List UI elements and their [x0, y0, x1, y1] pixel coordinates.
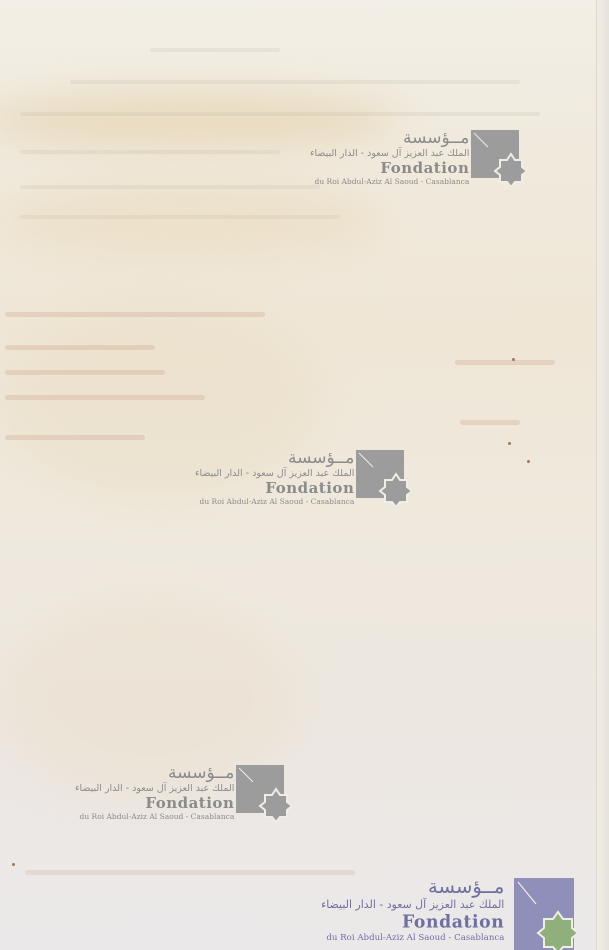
watermark-french-subtitle: du Roi Abdul-Aziz Al Saoud - Casablanca — [75, 813, 234, 821]
watermark-french-title: Fondation — [195, 481, 354, 496]
ink-text-line — [25, 870, 355, 875]
fondation-star-logo-icon — [471, 130, 519, 178]
watermark-french-subtitle: du Roi Abdul-Aziz Al Saoud - Casablanca — [310, 178, 469, 186]
page-edge — [596, 0, 609, 950]
watermark-arabic-title: مــؤسسة — [195, 450, 354, 467]
faded-text-line — [20, 150, 280, 154]
ink-text-line — [5, 435, 145, 440]
watermark-french-subtitle: du Roi Abdul-Aziz Al Saoud - Casablanca — [321, 933, 504, 942]
paper-stain — [0, 180, 380, 260]
ink-text-line — [5, 370, 165, 375]
fondation-watermark: مــؤسسة الملك عبد العزيز آل سعود - الدار… — [75, 765, 284, 820]
watermark-arabic-title: مــؤسسة — [321, 878, 504, 898]
faded-text-line — [20, 215, 340, 219]
watermark-french-title: Fondation — [310, 161, 469, 176]
fondation-watermark: مــؤسسة الملك عبد العزيز آل سعود - الدار… — [195, 450, 404, 505]
fondation-watermark: مــؤسسة الملك عبد العزيز آل سعود - الدار… — [310, 130, 519, 185]
watermark-arabic-title: مــؤسسة — [310, 130, 469, 147]
watermark-french-title: Fondation — [75, 796, 234, 811]
watermark-arabic-subtitle: الملك عبد العزيز آل سعود - الدار البيضاء — [321, 900, 504, 911]
ink-spot — [12, 863, 15, 866]
faded-text-line — [20, 112, 540, 116]
fondation-watermark: مــؤسسة الملك عبد العزيز آل سعود - الدار… — [345, 878, 574, 950]
faded-text-line — [70, 80, 520, 84]
faded-text-line — [150, 48, 280, 52]
fondation-star-logo-icon — [356, 450, 404, 498]
ink-text-line — [5, 345, 155, 350]
watermark-french-title: Fondation — [321, 913, 504, 930]
fondation-star-logo-icon — [236, 765, 284, 813]
ink-text-line — [5, 312, 265, 317]
faded-text-line — [20, 185, 320, 189]
ink-spot — [512, 358, 515, 361]
ink-text-line — [455, 360, 555, 365]
fondation-star-logo-icon — [514, 878, 574, 950]
watermark-arabic-subtitle: الملك عبد العزيز آل سعود - الدار البيضاء — [75, 784, 234, 794]
ink-text-line — [460, 420, 520, 425]
manuscript-page: مــؤسسة الملك عبد العزيز آل سعود - الدار… — [0, 0, 609, 950]
ink-spot — [527, 460, 530, 463]
watermark-arabic-subtitle: الملك عبد العزيز آل سعود - الدار البيضاء — [310, 149, 469, 159]
watermark-french-subtitle: du Roi Abdul-Aziz Al Saoud - Casablanca — [195, 498, 354, 506]
ink-spot — [508, 442, 511, 445]
watermark-arabic-subtitle: الملك عبد العزيز آل سعود - الدار البيضاء — [195, 469, 354, 479]
watermark-arabic-title: مــؤسسة — [75, 765, 234, 782]
ink-text-line — [5, 395, 205, 400]
